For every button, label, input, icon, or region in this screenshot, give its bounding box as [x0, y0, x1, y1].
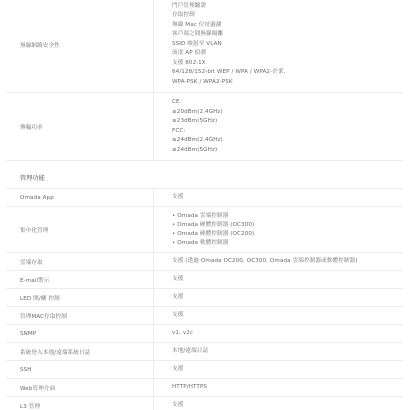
spec-value-line: FCC: [172, 127, 397, 137]
spec-row-web-management: Web管理介面 HTTP/HTTPS [6, 379, 403, 397]
spec-row-omada-app: Omada App 支援 [6, 189, 403, 207]
spec-row-ssh: SSH 支援 [6, 361, 403, 379]
spec-value: 門戶管理驗證 存取控制 無線 Mac 位址過濾 客戶端之間無線隔離 SSID 映… [172, 0, 397, 92]
spec-row-l3-management: L3 管理 支援 [6, 397, 403, 410]
spec-value: 支援 [172, 361, 397, 378]
spec-value: 支援 [172, 189, 397, 206]
spec-value: 支援 (透過 Omada OC200, OC300, Omada 雲端控制器或軟… [172, 253, 397, 270]
spec-value-line: 支援 [172, 311, 397, 321]
spec-value-line: HTTP/HTTPS [172, 383, 397, 393]
spec-row-mac-access-control: 管理MAC存取控制 支援 [6, 307, 403, 325]
spec-value-line: 無線 Mac 位址過濾 [172, 21, 397, 31]
column-divider [153, 289, 154, 306]
spec-value-line: ≤23dBm(5GHz) [172, 117, 397, 127]
spec-label: 系統登入本地/遠端系統日誌 [20, 343, 90, 360]
spec-row-transmit-power: 傳輸功率 CE： ≤20dBm(2.4GHz) ≤23dBm(5GHz) FCC… [6, 93, 403, 161]
spec-value-line: 64/128/152-bit WEP / WPA / WPA2-企業, [172, 68, 397, 78]
column-divider [153, 325, 154, 342]
spec-value-line: ≤20dBm(2.4GHz) [172, 108, 397, 118]
spec-value: • Omada 雲端控制器 • Omada 硬體控制器 (OC300) • Om… [172, 207, 397, 252]
spec-label: 雲端存取 [20, 253, 43, 270]
spec-row-led-control: LED 開/關 控制 支援 [6, 289, 403, 307]
spec-value-line: 門戶管理驗證 [172, 2, 397, 12]
column-divider [153, 379, 154, 396]
spec-value-line: CE： [172, 98, 397, 108]
spec-value-line: SSID 映射至 VLAN [172, 40, 397, 50]
spec-label: L3 管理 [20, 397, 40, 410]
spec-row-centralized-management: 集中化管理 • Omada 雲端控制器 • Omada 硬體控制器 (OC300… [6, 207, 403, 253]
spec-value-line: 支援 [172, 293, 397, 303]
spec-label: Web管理介面 [20, 379, 55, 396]
spec-value-line: 支援 [172, 365, 397, 375]
spec-value-line: • Omada 軟體控制器 [172, 239, 397, 248]
spec-value: 支援 [172, 307, 397, 324]
spec-value: HTTP/HTTPS [172, 379, 397, 396]
spec-value: 支援 [172, 271, 397, 288]
spec-value-line: • Omada 硬體控制器 (OC200) [172, 230, 397, 239]
spec-value-line: v1, v2c [172, 329, 397, 339]
spec-value-line: ≤24dBm(5GHz) [172, 146, 397, 156]
spec-value: v1, v2c [172, 325, 397, 342]
spec-label: E-mail警示 [20, 271, 50, 288]
spec-row-wireless-security: 無線網路安全性 門戶管理驗證 存取控制 無線 Mac 位址過濾 客戶端之間無線隔… [6, 0, 403, 93]
spec-label: 無線網路安全性 [20, 0, 60, 92]
spec-value-line: 支援 802.1X [172, 59, 397, 69]
spec-label: SNMP [20, 325, 36, 342]
spec-value-line: 支援 [172, 401, 397, 410]
spec-row-cloud-access: 雲端存取 支援 (透過 Omada OC200, OC300, Omada 雲端… [6, 253, 403, 271]
spec-value-line: ≤24dBm(2.4GHz) [172, 136, 397, 146]
spec-value-line: 本地/遠端日誌 [172, 347, 397, 357]
spec-value: 支援 [172, 289, 397, 306]
spec-label: 集中化管理 [20, 207, 48, 252]
spec-value-line: 客戶端之間無線隔離 [172, 30, 397, 40]
section-title-management: 管理功能 [20, 173, 45, 182]
column-divider [153, 253, 154, 270]
column-divider [153, 93, 154, 160]
spec-value-line: WPA-PSK / WPA2-PSK [172, 78, 397, 88]
spec-value-line: 存取控制 [172, 11, 397, 21]
column-divider [153, 271, 154, 288]
column-divider [153, 361, 154, 378]
spec-value-line: 支援 [172, 193, 397, 203]
spec-value: 支援 [172, 397, 397, 410]
spec-label: 管理MAC存取控制 [20, 307, 67, 324]
spec-value-line: • Omada 雲端控制器 [172, 212, 397, 221]
spec-value-line: 支援 [172, 275, 397, 285]
spec-value-line: • Omada 硬體控制器 (OC300) [172, 221, 397, 230]
spec-label: SSH [20, 361, 32, 378]
column-divider [153, 0, 154, 92]
spec-label: Omada App [20, 189, 54, 206]
spec-row-email-alerts: E-mail警示 支援 [6, 271, 403, 289]
spec-label: LED 開/關 控制 [20, 289, 60, 306]
column-divider [153, 189, 154, 206]
column-divider [153, 307, 154, 324]
spec-value: CE： ≤20dBm(2.4GHz) ≤23dBm(5GHz) FCC: ≤24… [172, 93, 397, 160]
spec-row-syslog: 系統登入本地/遠端系統日誌 本地/遠端日誌 [6, 343, 403, 361]
spec-row-snmp: SNMP v1, v2c [6, 325, 403, 343]
spec-value-line: 流氓 AP 偵測 [172, 49, 397, 59]
spec-value-line: 支援 (透過 Omada OC200, OC300, Omada 雲端控制器或軟… [172, 257, 397, 267]
column-divider [153, 343, 154, 360]
spec-value: 本地/遠端日誌 [172, 343, 397, 360]
column-divider [153, 397, 154, 410]
column-divider [153, 207, 154, 252]
spec-label: 傳輸功率 [20, 93, 43, 160]
